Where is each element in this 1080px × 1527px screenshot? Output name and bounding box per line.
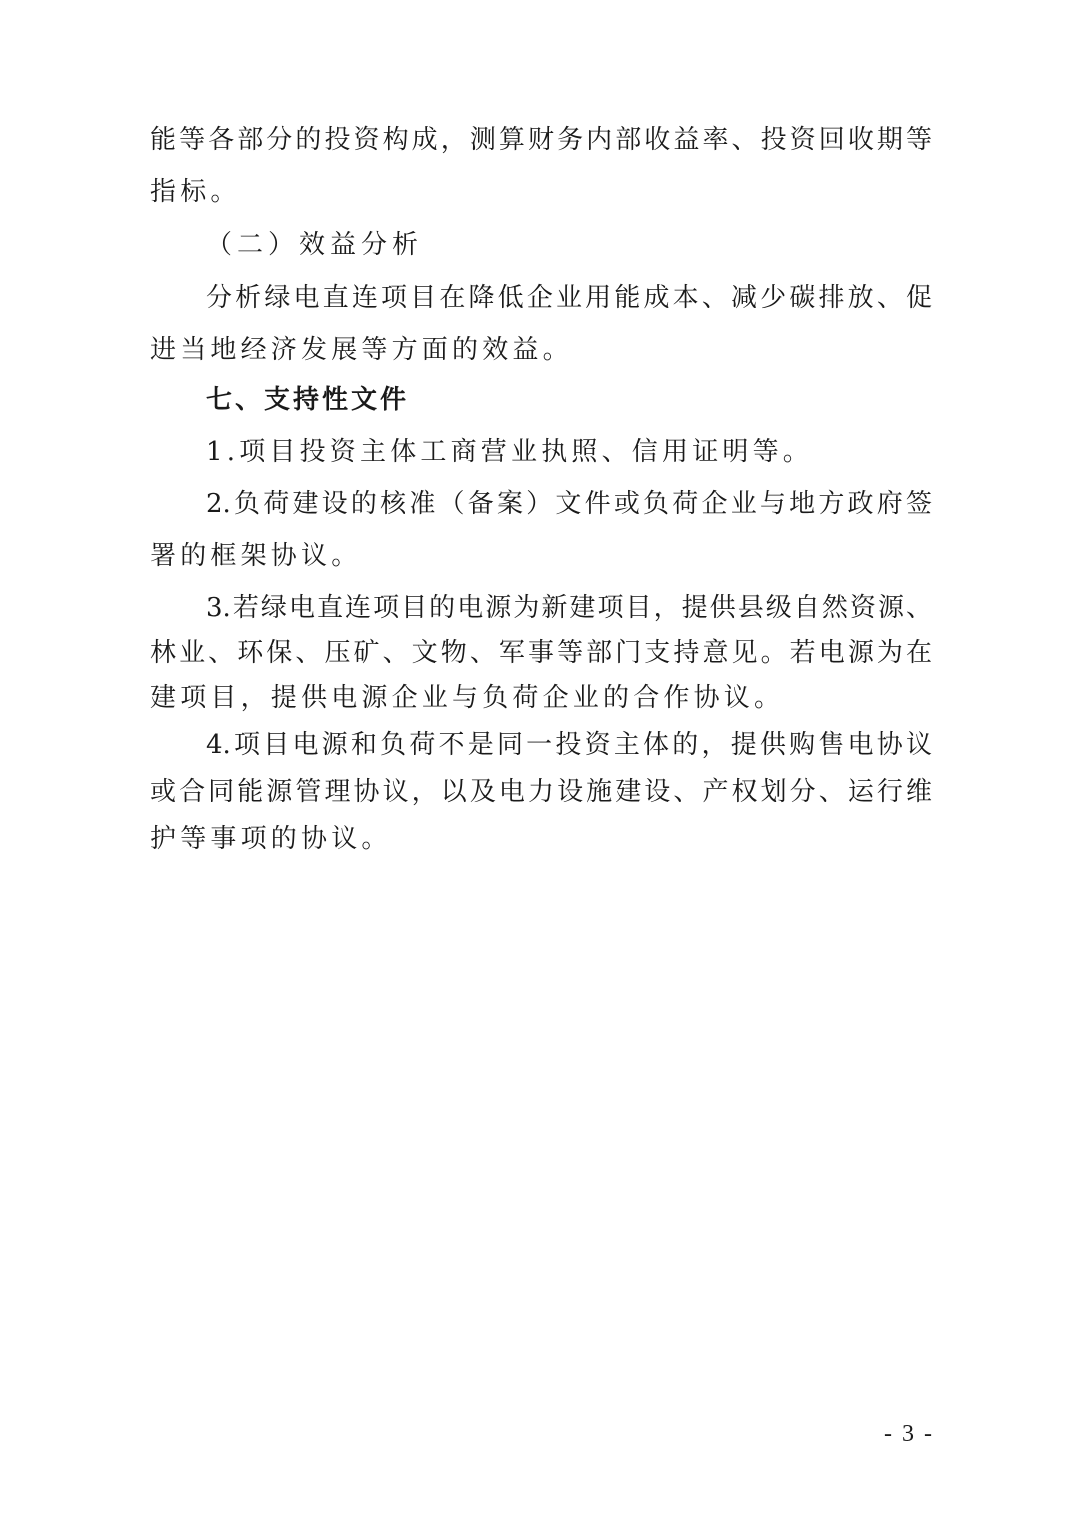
paragraph-line: 署的框架协议。 [150,539,932,573]
section-subheading: （二）效益分析 [206,228,988,262]
paragraph-line: 林业、环保、压矿、文物、军事等部门支持意见。若电源为在 [150,636,932,670]
paragraph-line: 分析绿电直连项目在降低企业用能成本、减少碳排放、促 [206,281,932,315]
section-heading: 七、支持性文件 [206,383,988,417]
paragraph-line: 或合同能源管理协议，以及电力设施建设、产权划分、运行维 [150,775,932,809]
paragraph-line: 进当地经济发展等方面的效益。 [150,333,932,367]
paragraph-line: 能等各部分的投资构成，测算财务内部收益率、投资回收期等 [150,123,932,157]
list-item-3: 3.若绿电直连项目的电源为新建项目，提供县级自然资源、 [206,591,932,625]
paragraph-line: 建项目，提供电源企业与负荷企业的合作协议。 [150,681,932,715]
document-page: 能等各部分的投资构成，测算财务内部收益率、投资回收期等 指标。 （二）效益分析 … [0,0,1080,1527]
list-item-4: 4.项目电源和负荷不是同一投资主体的，提供购售电协议 [206,728,932,762]
list-item-2: 2.负荷建设的核准（备案）文件或负荷企业与地方政府签 [206,487,932,521]
page-number: - 3 - [884,1420,934,1448]
paragraph-line: 指标。 [150,175,932,209]
paragraph-line: 护等事项的协议。 [150,822,932,856]
list-item-1: 1.项目投资主体工商营业执照、信用证明等。 [206,435,932,469]
